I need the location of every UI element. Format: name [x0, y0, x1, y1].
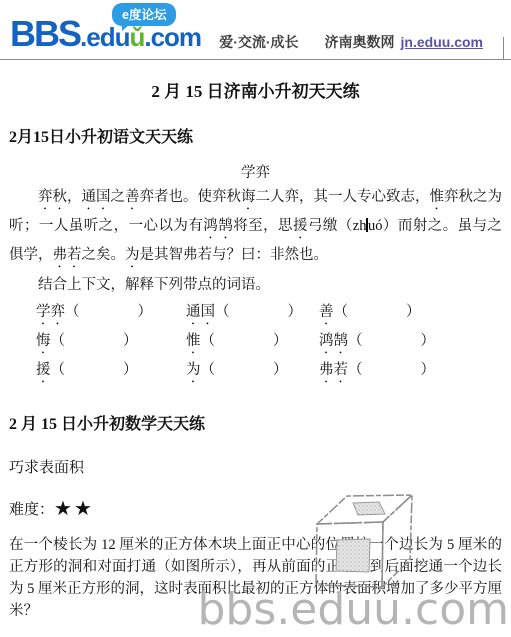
answer-blank: （ ）	[51, 362, 138, 378]
answer-blank: （ ）	[51, 333, 138, 349]
passage-text: 之	[111, 189, 126, 205]
vocab-word: 鸿鹄	[319, 333, 348, 349]
emphasized-word: 为	[125, 247, 140, 263]
vocab-row: 悔（ ）惟（ ）鸿鹄（ ）	[36, 328, 502, 357]
classical-passage: 弈秋，通国之善弈者也。使弈秋诲二人弈，其一人专心致志，惟弈秋之为听；一人虽听之，…	[9, 184, 502, 271]
cube-with-square-holes-sketch	[306, 489, 420, 593]
vocab-word: 为	[186, 362, 201, 378]
cube-right-face	[382, 495, 412, 587]
site-name: 济南奥数网	[325, 34, 395, 50]
vocab-item: 善（ ）	[319, 299, 421, 328]
vocab-item: 悔（ ）	[36, 328, 186, 357]
vocab-word: 通国	[186, 304, 215, 320]
logo-green-u-sprout: ǔ	[129, 22, 144, 52]
chinese-section-heading: 2月15日小升初语文天天练	[9, 124, 502, 147]
document-body: 2 月 15 日济南小升初天天练 2月15日小升初语文天天练 学弈 弈秋，通国之…	[0, 77, 511, 622]
answer-blank: （ ）	[201, 333, 288, 349]
answer-blank: （ ）	[65, 304, 152, 320]
vocab-word: 善	[319, 304, 334, 320]
passage-text: ，	[67, 189, 82, 205]
emphasized-word: 鸿鹄	[203, 218, 233, 234]
passage-text: 二人弈，其一人专心致志，	[256, 189, 430, 205]
logo-bbs-text: BBS	[10, 13, 80, 54]
vocab-word: 援	[36, 362, 51, 378]
top-hole-square	[353, 502, 385, 515]
emphasized-word: 弈秋	[38, 189, 67, 205]
emphasized-word: 善	[125, 189, 140, 205]
vocab-row: 学弈（ ）通国（ ）善（ ）	[36, 299, 502, 328]
front-hole-square	[336, 539, 370, 572]
vocab-word: 弗若	[319, 362, 348, 378]
site-link[interactable]: jn.eduu.com	[401, 34, 483, 50]
header-border-tick	[503, 37, 504, 59]
vocab-word: 学弈	[36, 304, 65, 320]
vocab-item: 鸿鹄（ ）	[319, 328, 435, 357]
answer-blank: （ ）	[215, 304, 302, 320]
page-title: 2 月 15 日济南小升初天天练	[9, 77, 502, 102]
passage-text: 弓缴（zh	[308, 218, 367, 234]
emphasized-word: 弗若	[53, 247, 82, 263]
header-tagline: 爱·交流·成长济南奥数网jn.eduu.com	[219, 32, 483, 52]
answer-blank: （ ）	[348, 333, 435, 349]
vocab-word: 悔	[36, 333, 51, 349]
difficulty-stars: ★★	[54, 498, 94, 520]
difficulty-label: 难度：	[9, 502, 54, 518]
emphasized-word: 诲	[241, 189, 256, 205]
math-topic: 巧求表面积	[9, 456, 502, 477]
answer-blank: （ ）	[334, 304, 421, 320]
vocab-item: 弗若（ ）	[319, 357, 435, 386]
eduu-forum-badge[interactable]: e度论坛	[112, 3, 176, 26]
difficulty-row: 难度：★★	[9, 496, 502, 521]
vocab-blank-grid: 学弈（ ）通国（ ）善（ ）悔（ ）惟（ ）鸿鹄（ ）援（ ）为（ ）弗若（ ）	[36, 299, 502, 386]
site-header: BBS.eduǔ.com e度论坛 爱·交流·成长济南奥数网jn.eduu.co…	[0, 0, 511, 60]
vocab-item: 援（ ）	[36, 357, 186, 386]
answer-blank: （ ）	[348, 362, 435, 378]
emphasized-word: 通国	[82, 189, 111, 205]
worksheet-page: BBS.eduǔ.com e度论坛 爱·交流·成长济南奥数网jn.eduu.co…	[0, 0, 511, 637]
exercise-instruction: 结合上下文，解释下列带点的词语。	[9, 274, 502, 296]
vocab-word: 惟	[186, 333, 201, 349]
slogan-text: 爱·交流·成长	[219, 34, 298, 50]
passage-text: 弈者也。使弈秋	[140, 189, 242, 205]
logo-com-text: .com	[144, 22, 201, 52]
vocab-item: 通国（ ）	[186, 299, 319, 328]
passage-text: 是其智弗若与？曰：非然也。	[140, 247, 329, 263]
math-section-heading: 2 月 15 日小升初数学天天练	[9, 411, 502, 434]
passage-title: 学弈	[9, 161, 502, 182]
vocab-row: 援（ ）为（ ）弗若（ ）	[36, 357, 502, 386]
answer-blank: （ ）	[201, 362, 288, 378]
passage-text: 将至，思	[233, 218, 293, 234]
passage-text: 之矣。	[82, 247, 126, 263]
vocab-item: 学弈（ ）	[36, 299, 186, 328]
emphasized-word: 援	[293, 218, 308, 234]
vocab-item: 惟（ ）	[186, 328, 319, 357]
vocab-item: 为（ ）	[186, 357, 319, 386]
emphasized-word: 惟	[430, 189, 445, 205]
